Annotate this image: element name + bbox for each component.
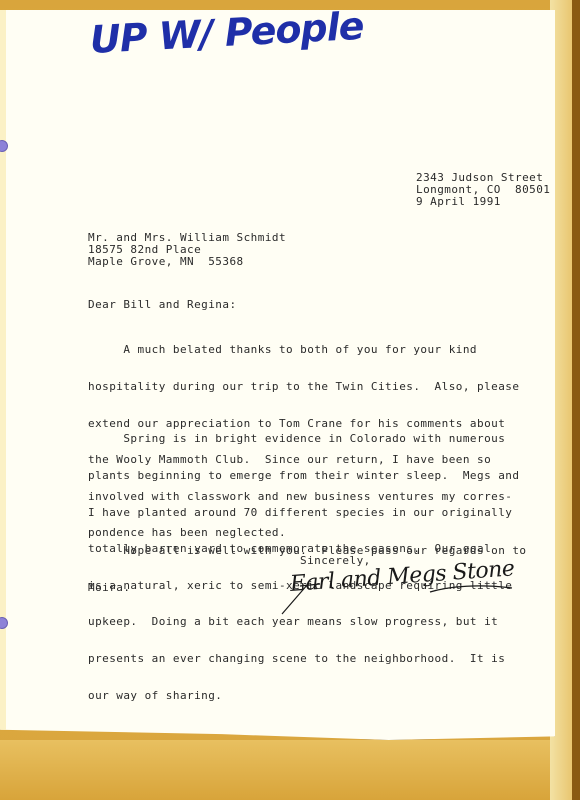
sender-address: 2343 Judson StreetLongmont, CO 805019 Ap… bbox=[416, 172, 550, 209]
paragraph-line: Spring is in bright evidence in Colorado… bbox=[88, 433, 519, 445]
closing: Sincerely, bbox=[300, 555, 371, 567]
letter-page: UP W/ People 2343 Judson StreetLongmont,… bbox=[0, 10, 555, 740]
paragraph-line: A much belated thanks to both of you for… bbox=[88, 344, 519, 356]
hole-punch-icon bbox=[0, 617, 8, 629]
paragraph-line: hospitality during our trip to the Twin … bbox=[88, 381, 519, 393]
letter-date: 9 April 1991 bbox=[416, 196, 550, 208]
folder-dark-edge bbox=[572, 0, 580, 800]
paragraph-line: our way of sharing. bbox=[88, 690, 519, 702]
handwritten-note: UP W/ People bbox=[89, 4, 365, 62]
paragraph-line: presents an ever changing scene to the n… bbox=[88, 653, 519, 665]
salutation: Dear Bill and Regina: bbox=[88, 299, 237, 311]
paragraph-line: plants beginning to emerge from their wi… bbox=[88, 470, 519, 482]
recipient-city: Maple Grove, MN 55368 bbox=[88, 256, 286, 268]
recipient-address: Mr. and Mrs. William Schmidt18575 82nd P… bbox=[88, 232, 286, 269]
hole-punch-icon bbox=[0, 140, 8, 152]
folder-bottom-edge bbox=[0, 740, 580, 800]
paragraph-line: I have planted around 70 different speci… bbox=[88, 507, 519, 519]
paper-left-margin bbox=[0, 10, 6, 740]
